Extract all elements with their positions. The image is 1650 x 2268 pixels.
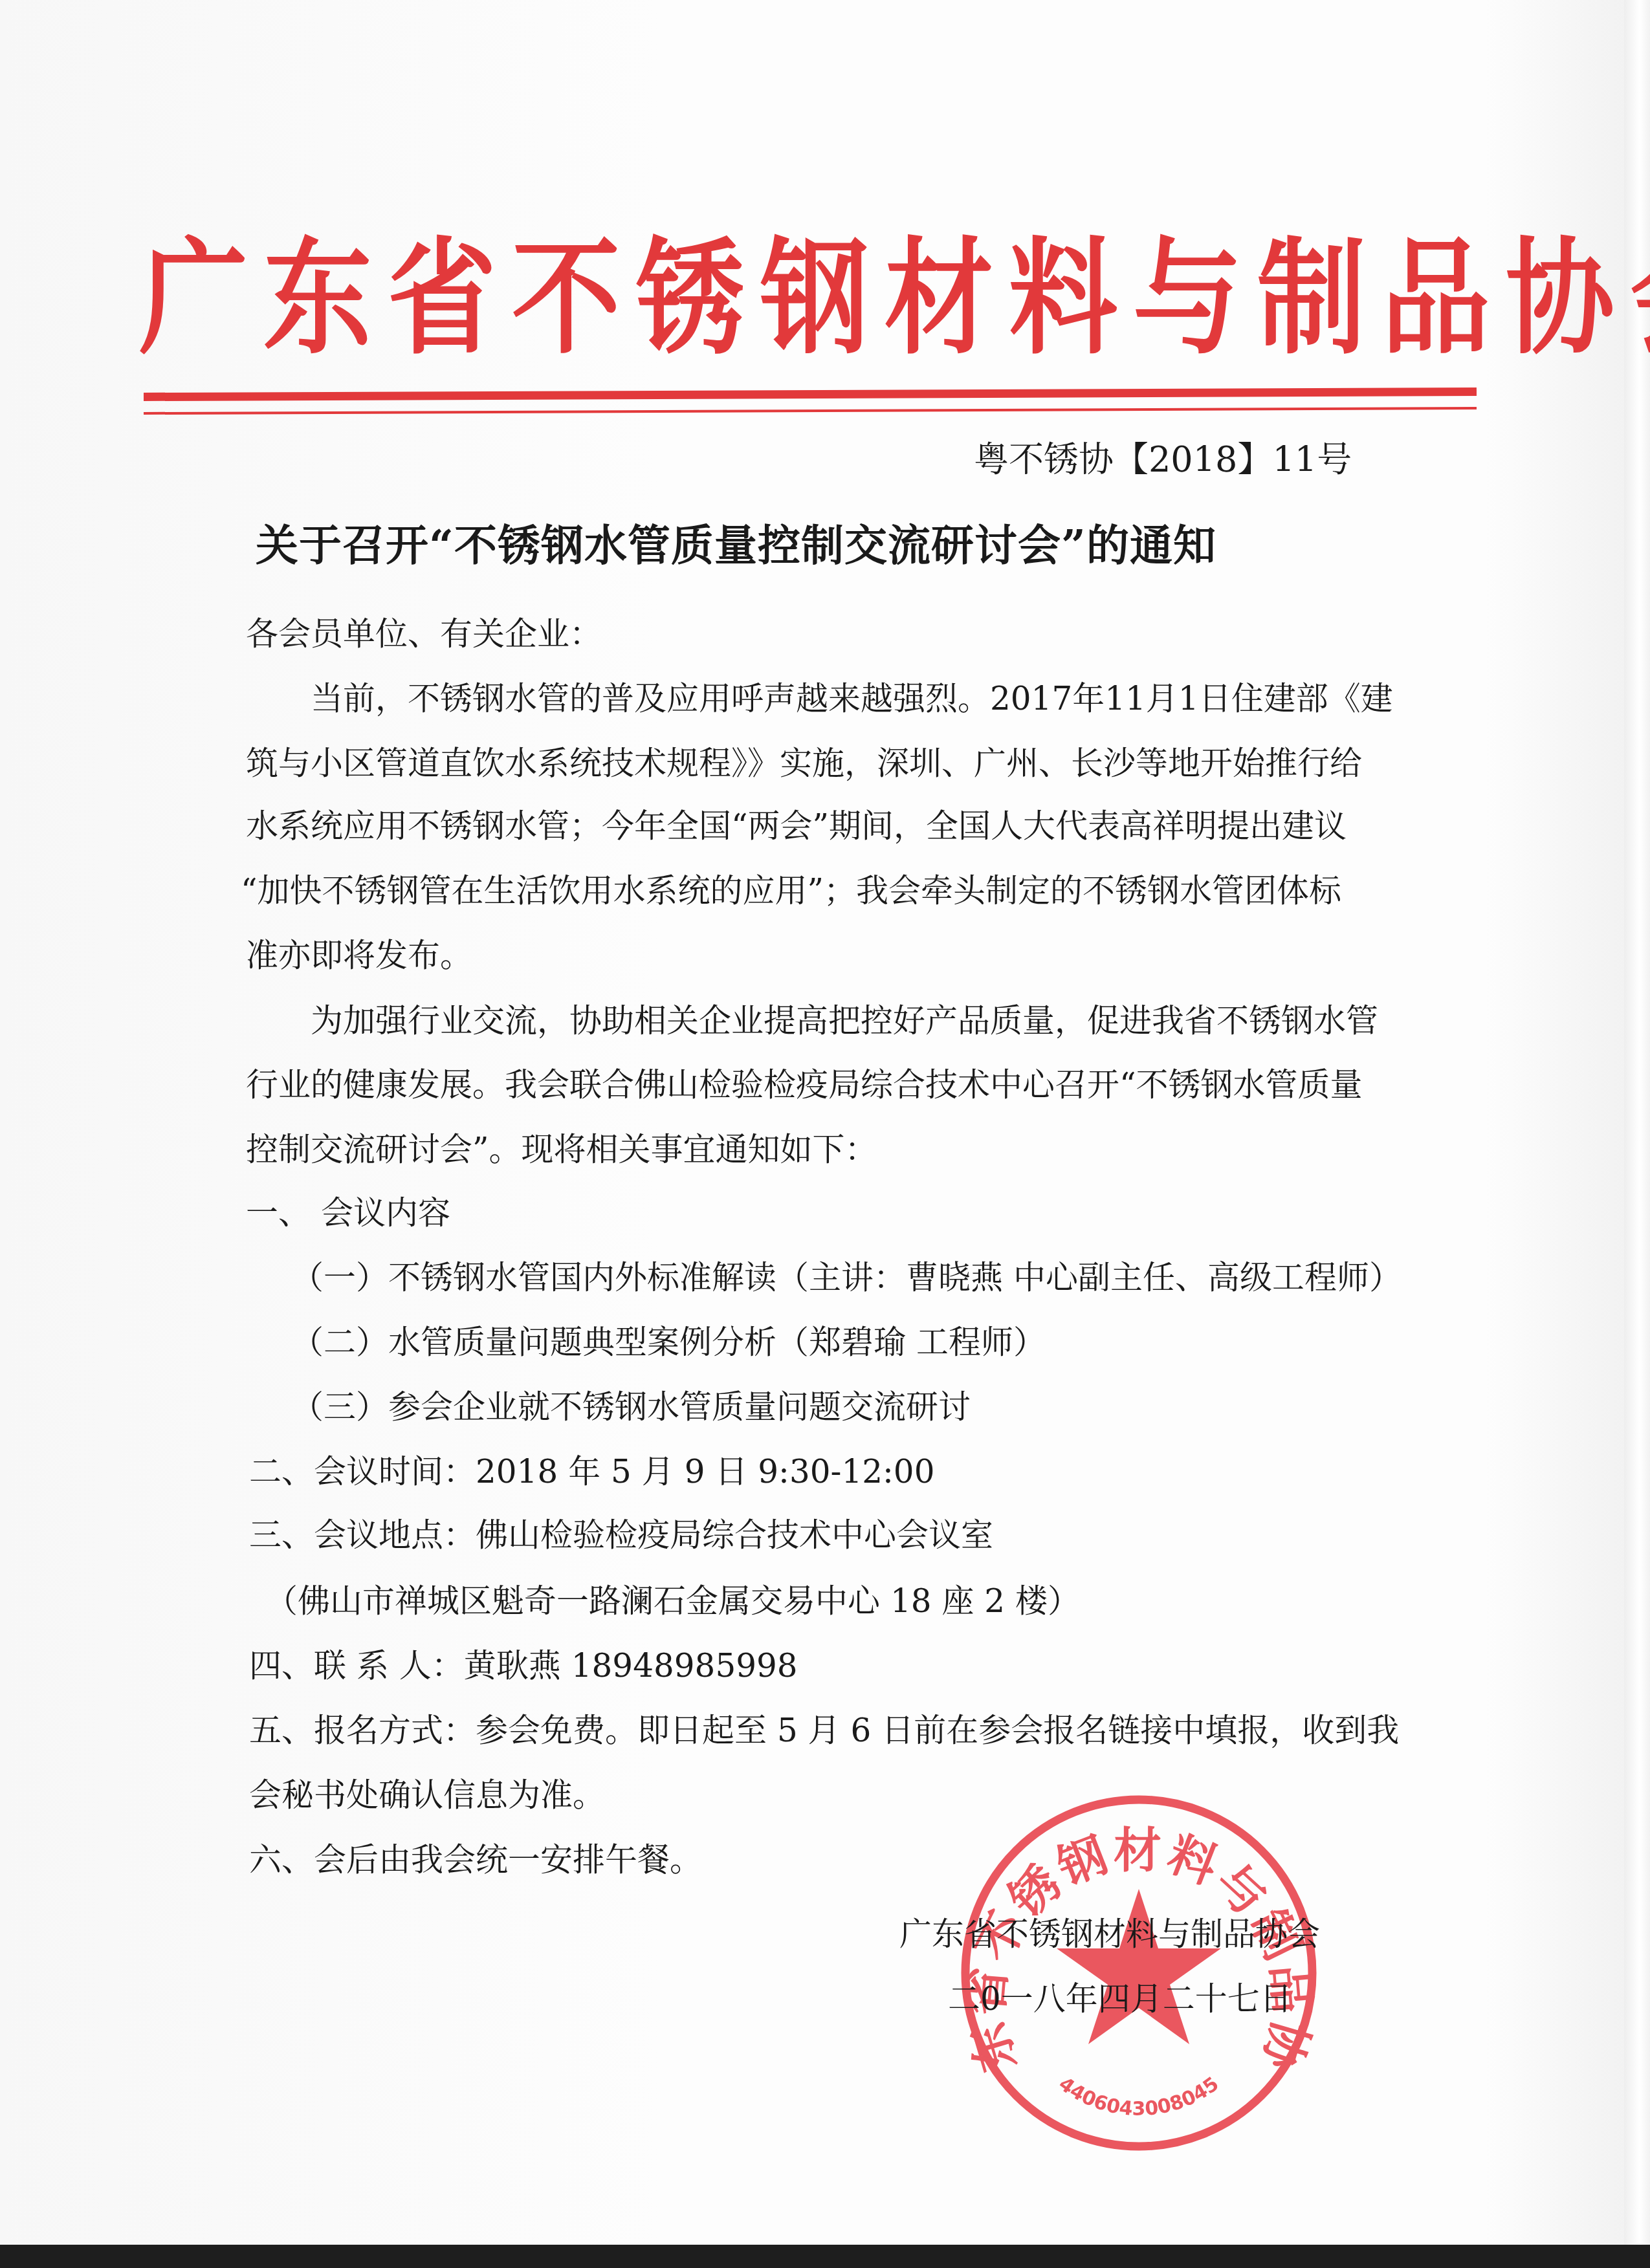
paragraph-line: 当前，不锈钢水管的普及应用呼声越来越强烈。2017年11月1日住建部《建: [311, 682, 1393, 715]
agenda-item: （三）参会企业就不锈钢水管质量问题交流研讨: [291, 1391, 971, 1423]
venue-value: 佛山检验检疫局综合技术中心会议室: [476, 1516, 993, 1554]
section-label: 五、报名方式：: [249, 1712, 476, 1749]
agenda-item: （一）不锈钢水管国内外标准解读（主讲：曹晓燕 中心副主任、高级工程师）: [291, 1261, 1402, 1294]
paragraph-line: “加快不锈钢管在生活饮用水系统的应用”；我会牵头制定的不锈钢水管团体标: [241, 875, 1341, 907]
paragraph-line: 控制交流研讨会”。现将相关事宜通知如下：: [246, 1133, 877, 1166]
section-lunch: 六、会后由我会统一安排午餐。: [249, 1844, 702, 1876]
svg-text:4406043008045: 4406043008045: [1055, 2073, 1224, 2121]
letterhead-organization-name: 广东省不锈钢材料与制品协会: [139, 236, 1479, 361]
letterhead-rule-thick: [144, 387, 1477, 401]
paragraph-line: 准亦即将发布。: [246, 939, 472, 972]
section-heading: 一、 会议内容: [246, 1197, 450, 1229]
paragraph-line: 行业的健康发展。我会联合佛山检验检疫局综合技术中心召开“不锈钢水管质量: [246, 1069, 1363, 1101]
section-meeting-time: 二、会议时间：2018 年 5 月 9 日 9:30-12:00: [249, 1456, 935, 1488]
document-page: 广东省不锈钢材料与制品协会 粤不锈协【2018】11号 关于召开“不锈钢水管质量…: [0, 0, 1650, 2245]
registration-text: 参会免费。即日起至 5 月 6 日前在参会报名链接中填报，收到我: [476, 1712, 1399, 1749]
salutation: 各会员单位、有关企业：: [246, 618, 602, 650]
signature-date: 二0一八年四月二十七日: [948, 1973, 1292, 2020]
section-contact: 四、联 系 人：黄耿燕 18948985998: [249, 1650, 798, 1682]
contact-name: 黄耿燕: [464, 1647, 561, 1685]
section-label: 二、会议时间：: [249, 1453, 476, 1490]
paragraph-line: 水系统应用不锈钢水管；今年全国“两会”期间，全国人大代表高祥明提出建议: [246, 810, 1347, 842]
document-title: 关于召开“不锈钢水管质量控制交流研讨会”的通知: [256, 511, 1216, 572]
scan-edge-bottom: [0, 2245, 1650, 2268]
section-label: 三、会议地点：: [249, 1516, 476, 1554]
agenda-item: （二）水管质量问题典型案例分析（郑碧瑜 工程师）: [291, 1326, 1046, 1358]
meeting-time-value: 2018 年 5 月 9 日 9:30-12:00: [476, 1453, 935, 1490]
registration-text-continued: 会秘书处确认信息为准。: [249, 1779, 605, 1811]
paragraph-line: 为加强行业交流，协助相关企业提高把控好产品质量，促进我省不锈钢水管: [311, 1005, 1378, 1037]
section-meeting-venue: 三、会议地点：佛山检验检疫局综合技术中心会议室: [249, 1519, 993, 1551]
letterhead-rule-thin: [144, 407, 1477, 415]
paragraph-line: 筑与小区管道直饮水系统技术规程》》实施，深圳、广州、长沙等地开始推行给: [246, 747, 1362, 780]
section-label: 四、联 系 人：: [249, 1647, 464, 1685]
contact-phone: 18948985998: [571, 1647, 798, 1685]
document-number: 粤不锈协【2018】11号: [974, 432, 1352, 482]
section-registration: 五、报名方式：参会免费。即日起至 5 月 6 日前在参会报名链接中填报，收到我: [249, 1714, 1399, 1747]
signature-organization: 广东省不锈钢材料与制品协会: [899, 1908, 1320, 1955]
venue-address: （佛山市禅城区魁奇一路澜石金属交易中心 18 座 2 楼）: [265, 1585, 1080, 1617]
